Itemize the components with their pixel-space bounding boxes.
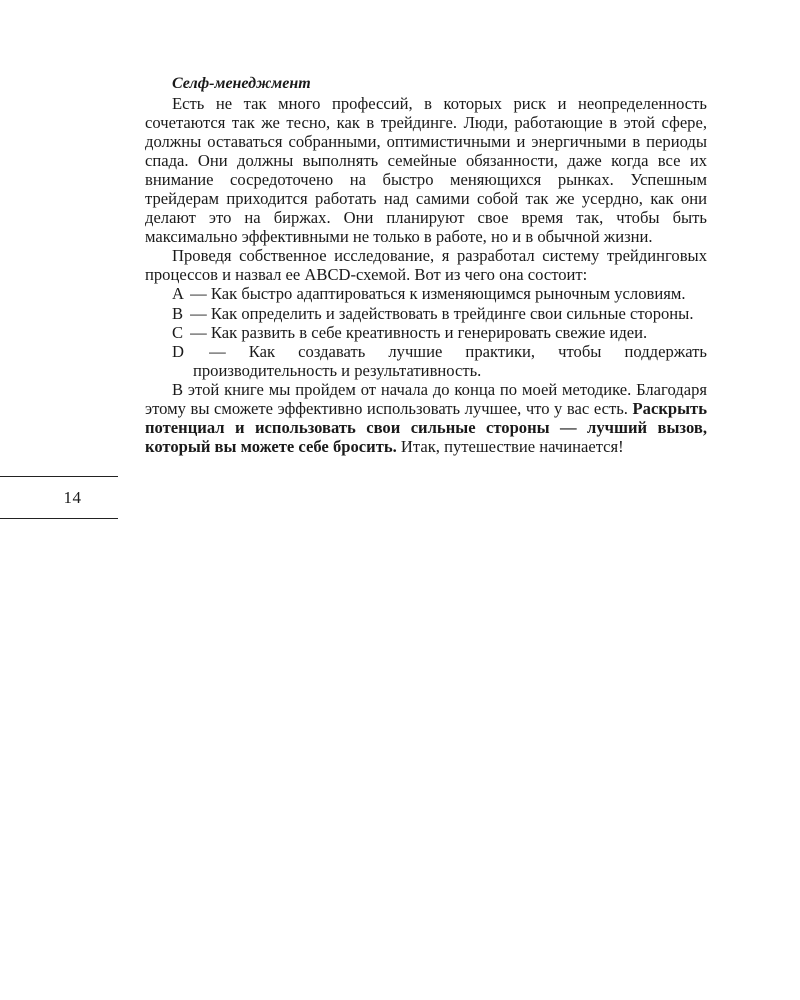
page-text: Селф-менеджмент Есть не так много профес… — [145, 73, 707, 456]
list-item: A — Как быстро адаптироваться к изменяющ… — [145, 284, 707, 303]
list-letter: A — [172, 284, 186, 303]
list-letter: C — [172, 323, 186, 342]
list-text: — Как определить и задействовать в трейд… — [190, 304, 693, 323]
list-letter: B — [172, 304, 186, 323]
closing-tail-text: Итак, путешествие начинается! — [397, 437, 624, 456]
list-letter: D — [172, 342, 186, 361]
list-text: — Как развить в себе креативность и гене… — [190, 323, 647, 342]
paragraph-intro: Есть не так много профессий, в которых р… — [145, 94, 707, 246]
abcd-list: A — Как быстро адаптироваться к изменяющ… — [145, 284, 707, 379]
section-heading: Селф-менеджмент — [172, 73, 707, 94]
page-number: 14 — [0, 488, 145, 508]
closing-text: В этой книге мы пройдем от начала до кон… — [145, 380, 707, 418]
list-item: C — Как развить в себе креативность и ге… — [145, 323, 707, 342]
list-item: B — Как определить и задействовать в тре… — [145, 304, 707, 323]
paragraph-closing: В этой книге мы пройдем от начала до кон… — [145, 380, 707, 456]
paragraph-abcd: Проведя собственное исследование, я разр… — [145, 246, 707, 284]
list-text: — Как создавать лучшие практики, чтобы п… — [193, 342, 707, 380]
list-text: — Как быстро адаптироваться к изменяющим… — [190, 284, 685, 303]
list-item: D — Как создавать лучшие практики, чтобы… — [145, 342, 707, 380]
